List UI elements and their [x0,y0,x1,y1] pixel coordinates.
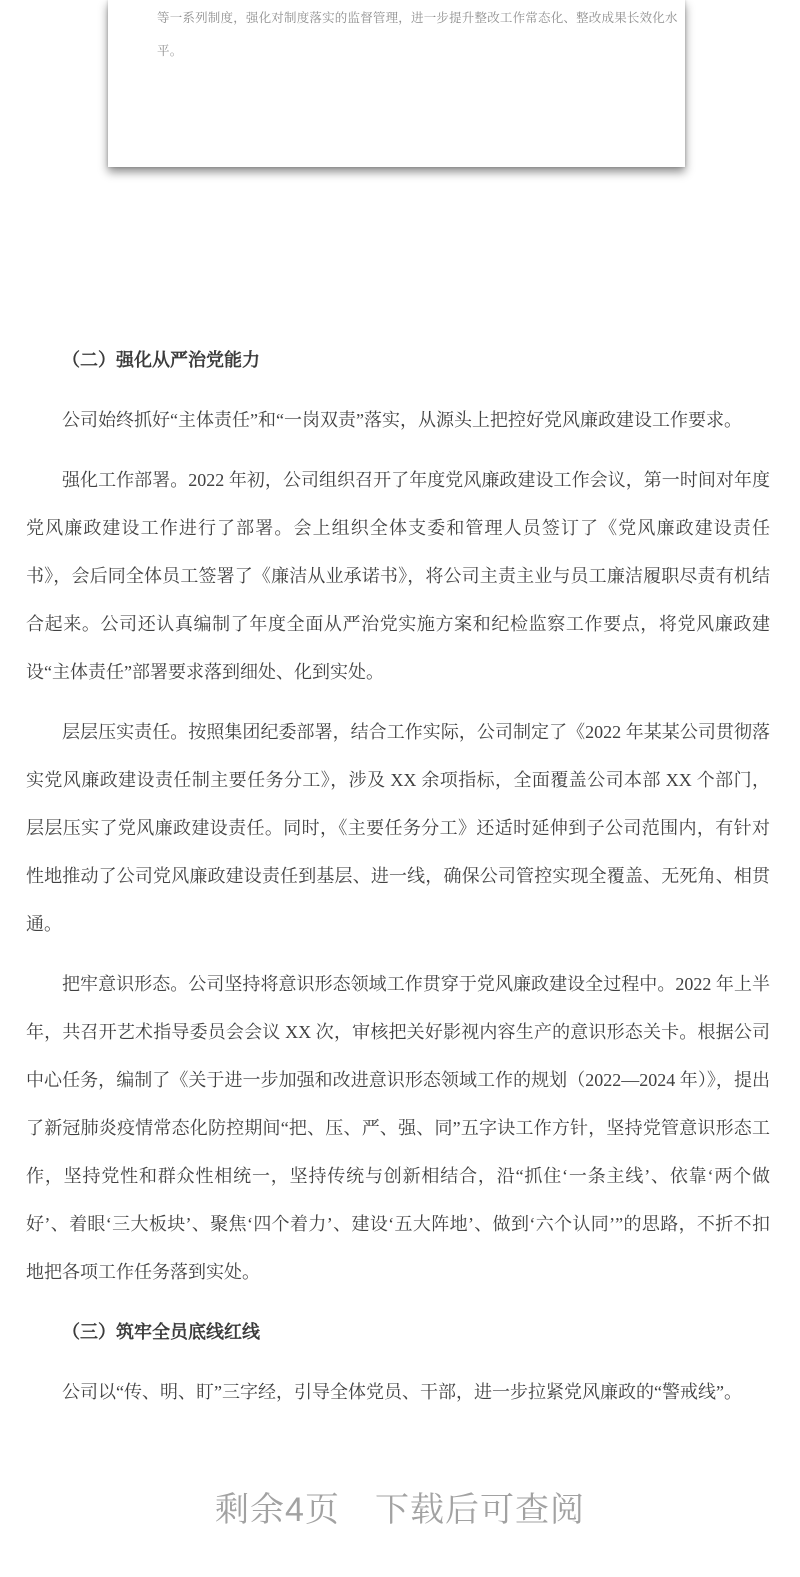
preview-text-line: 等一系列制度，强化对制度落实的监督管理，进一步提升整改工作常态化、整改成果长效化… [108,0,685,35]
section-heading-bottom-line-red-line: （三）筑牢全员底线红线 [26,1308,770,1356]
remaining-pages-note: 剩余4页 下载后可查阅 [0,1482,800,1531]
doc-paragraph: 把牢意识形态。公司坚持将意识形态领域工作贯穿于党风廉政建设全过程中。2022 年… [26,960,770,1296]
document-body: （二）强化从严治党能力 公司始终抓好“主体责任”和“一岗双责”落实，从源头上把控… [0,336,800,1428]
preview-text-line: 平。 [108,35,685,68]
doc-paragraph: 公司始终抓好“主体责任”和“一岗双责”落实，从源头上把控好党风廉政建设工作要求。 [26,396,770,444]
doc-paragraph: 强化工作部署。2022 年初，公司组织召开了年度党风廉政建设工作会议，第一时间对… [26,456,770,696]
doc-paragraph: 公司以“传、明、盯”三字经，引导全体党员、干部，进一步拉紧党风廉政的“警戒线”。 [26,1368,770,1416]
doc-paragraph: 层层压实责任。按照集团纪委部署，结合工作实际，公司制定了《2022 年某某公司贯… [26,708,770,948]
page-preview-card: 等一系列制度，强化对制度落实的监督管理，进一步提升整改工作常态化、整改成果长效化… [108,0,685,167]
section-heading-strengthen-party-governance: （二）强化从严治党能力 [26,336,770,384]
document-preview-page: 等一系列制度，强化对制度落实的监督管理，进一步提升整改工作常态化、整改成果长效化… [0,0,800,1577]
